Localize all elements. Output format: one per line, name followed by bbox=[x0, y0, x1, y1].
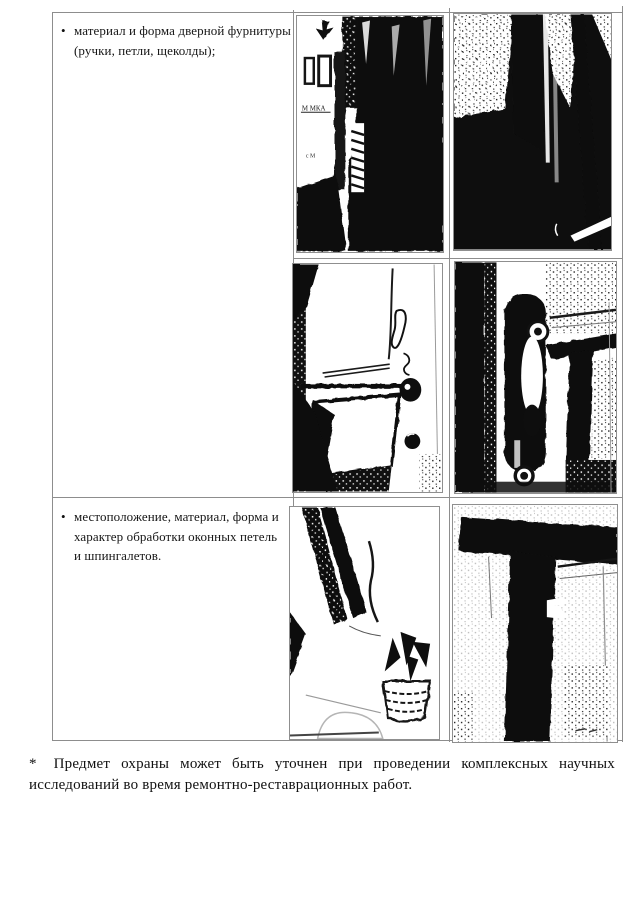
bullet-text-window-hinges: местоположение, материал, форма и характ… bbox=[74, 507, 279, 566]
footnote-text: Предмет охраны может быть уточнен при пр… bbox=[54, 756, 615, 772]
bullet-text-line: характер обработки оконных петель bbox=[74, 527, 279, 547]
photo-door-hinge-closeup bbox=[453, 13, 612, 251]
table-border-photo-row-divider bbox=[293, 258, 622, 259]
photo-window-frame-corner bbox=[452, 504, 618, 743]
scanned-document-page: • материал и форма дверной фурнитуры (ру… bbox=[0, 0, 640, 905]
table-border-photo-column-divider bbox=[449, 8, 450, 742]
bullet-text-line: материал и форма дверной фурнитуры bbox=[74, 21, 291, 41]
bullet-text-line: местоположение, материал, форма и bbox=[74, 507, 279, 527]
photo-sign-caption: с М bbox=[306, 154, 316, 160]
table-border-right bbox=[622, 6, 623, 742]
footnote-asterisk: * bbox=[29, 756, 43, 772]
photo-door-leaf-with-handle bbox=[292, 263, 443, 493]
photo-sign-caption: М МКА bbox=[302, 105, 326, 112]
footnote-line-1: * Предмет охраны может быть уточнен при … bbox=[29, 754, 615, 775]
row1-text-cell: • материал и форма дверной фурнитуры (ру… bbox=[53, 13, 293, 497]
bullet-marker: • bbox=[61, 21, 74, 60]
photo-door-handle-plate-closeup bbox=[454, 261, 617, 494]
footnote-line-2: исследований во время ремонтно-реставрац… bbox=[29, 775, 615, 796]
photo-door-with-wall-sign: М МКА с М bbox=[296, 15, 444, 253]
bullet-text-line: (ручки, петли, щеколды); bbox=[74, 41, 291, 61]
photo-window-with-plant bbox=[289, 506, 440, 740]
bullet-text-line: и шпингалетов. bbox=[74, 546, 279, 566]
row2-text-cell: • местоположение, материал, форма и хара… bbox=[53, 498, 293, 740]
bullet-item-door-hardware: • материал и форма дверной фурнитуры (ру… bbox=[61, 21, 293, 60]
bullet-text-door-hardware: материал и форма дверной фурнитуры (ручк… bbox=[74, 21, 291, 60]
bullet-marker: • bbox=[61, 507, 74, 566]
footnote: * Предмет охраны может быть уточнен при … bbox=[29, 754, 615, 796]
bullet-item-window-hinges: • местоположение, материал, форма и хара… bbox=[61, 507, 293, 566]
